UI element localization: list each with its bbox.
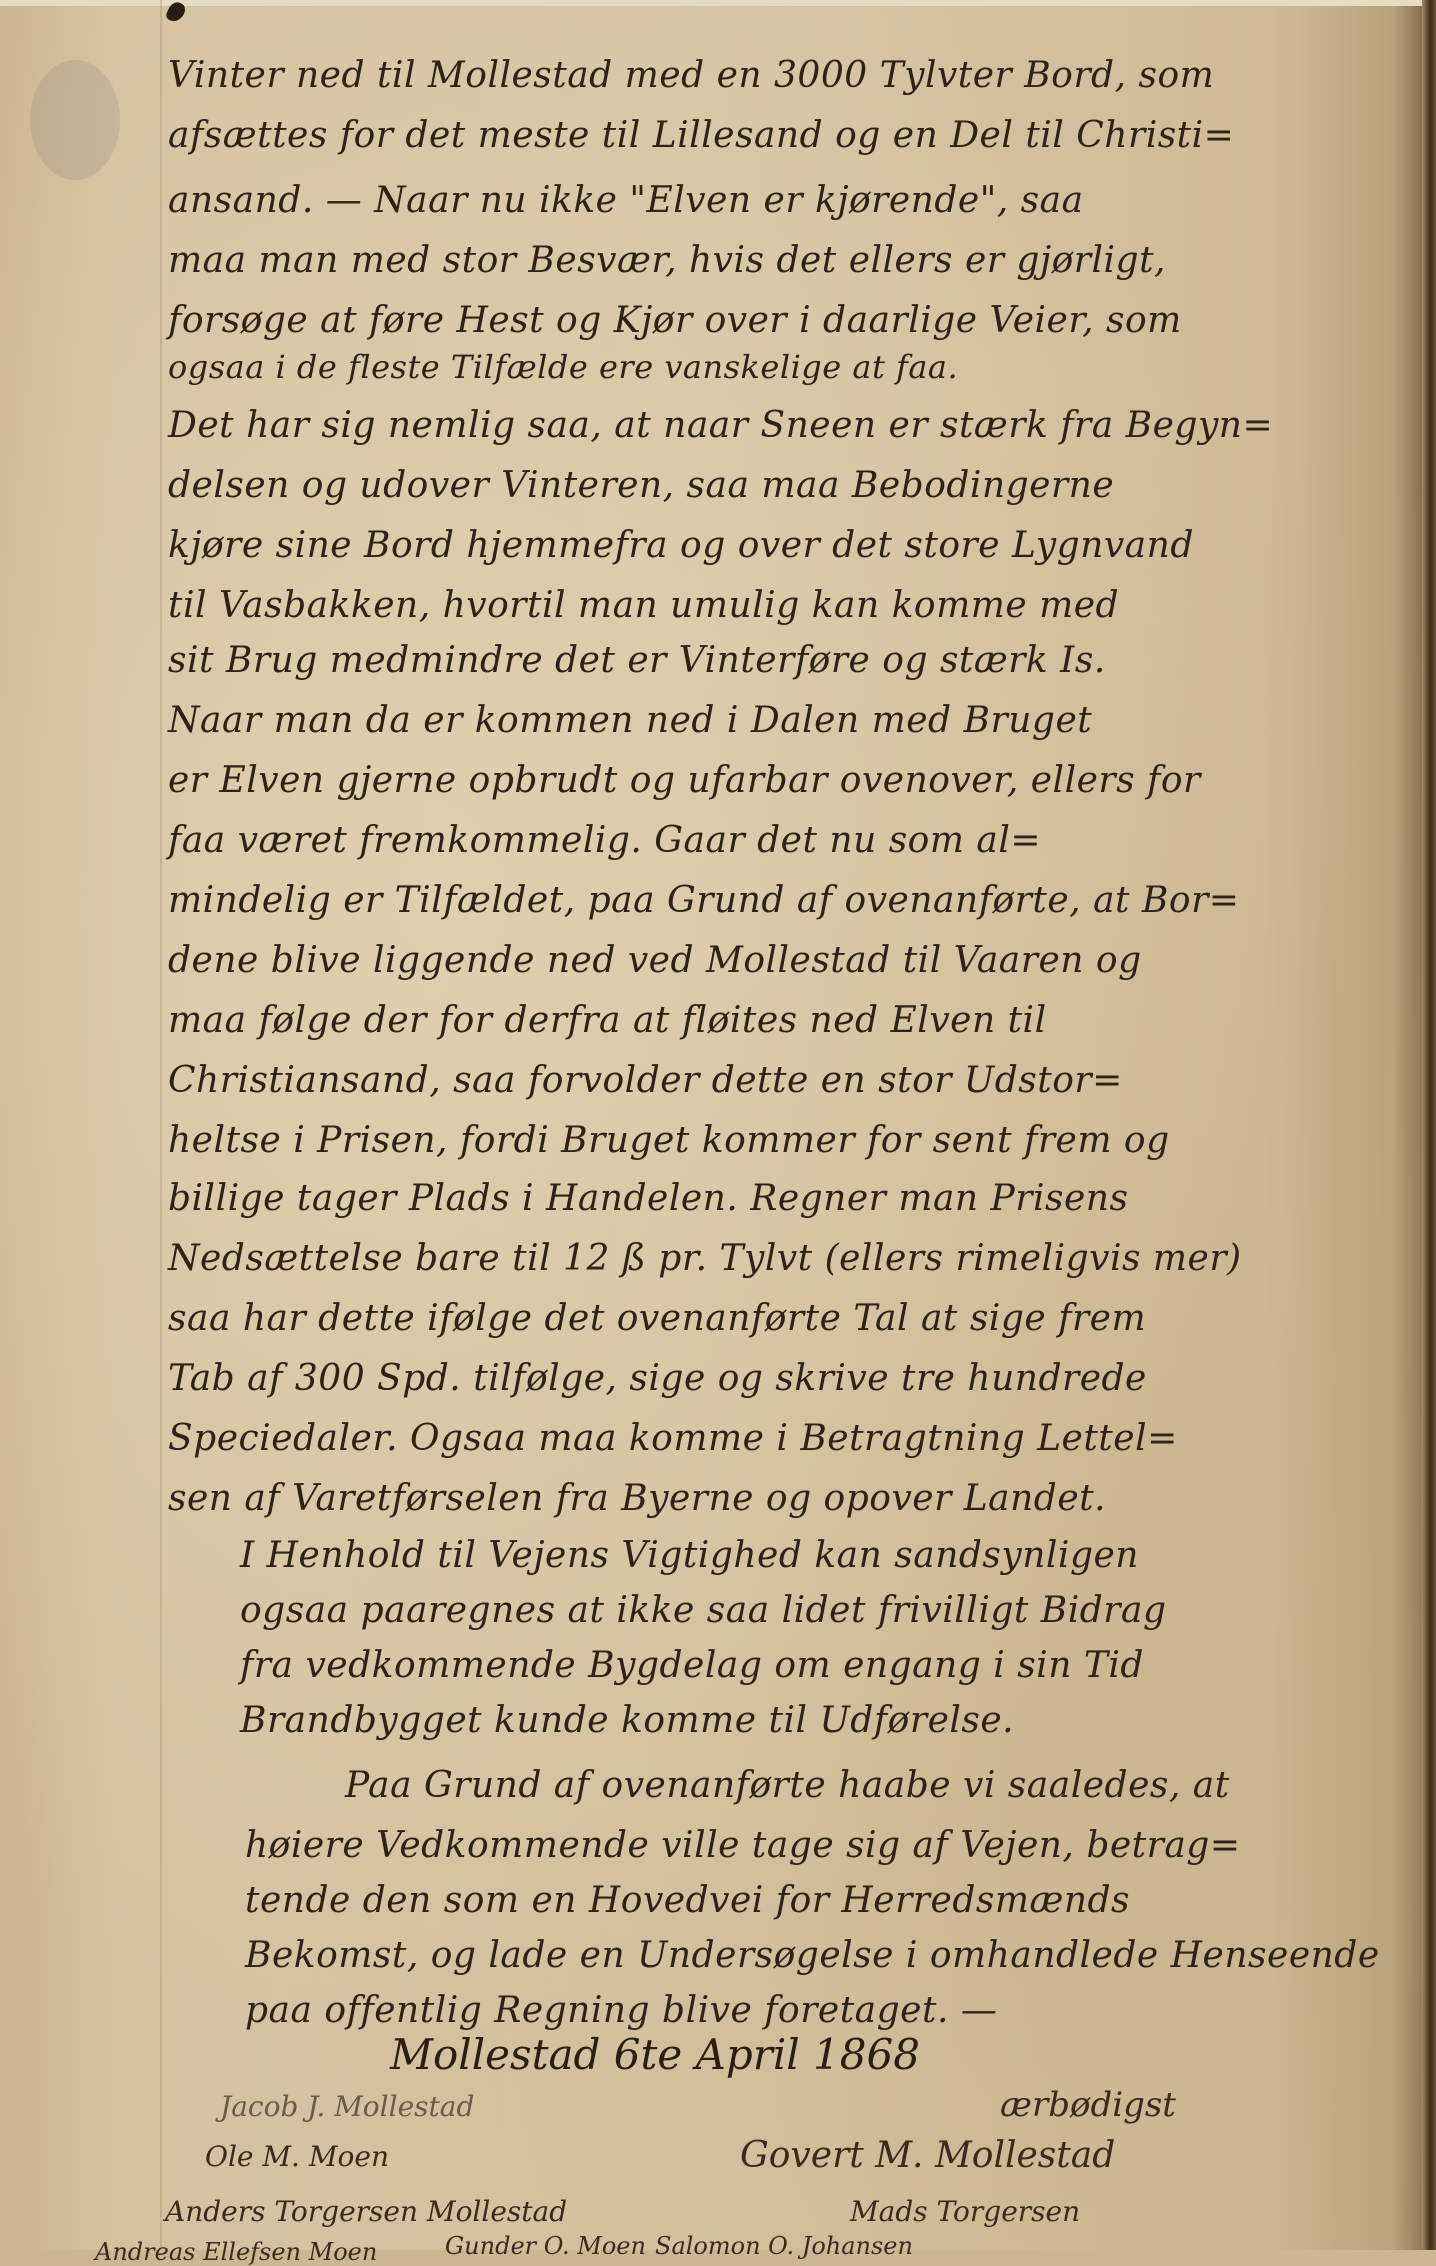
closing-salutation: ærbødigst	[1000, 2085, 1176, 2125]
paper-fold-line	[160, 0, 162, 2250]
signature: Mads Torgersen	[850, 2195, 1080, 2228]
body-line: ogsaa paaregnes at ikke saa lidet frivil…	[240, 1590, 1167, 1631]
body-line: Paa Grund af ovenanførte haabe vi saaled…	[345, 1765, 1230, 1806]
faded-stamp-mark	[30, 60, 120, 180]
signature: Salomon O. Johansen	[655, 2232, 913, 2250]
body-line: sit Brug medmindre det er Vinterføre og …	[168, 640, 1106, 681]
body-line: mindelig er Tilfældet, paa Grund af oven…	[168, 880, 1239, 921]
body-line: maa man med stor Besvær, hvis det ellers…	[168, 240, 1166, 281]
body-line: maa følge der for derfra at fløites ned …	[168, 1000, 1047, 1041]
body-line: heltse i Prisen, fordi Bruget kommer for…	[168, 1120, 1170, 1161]
body-line: Christiansand, saa forvolder dette en st…	[168, 1060, 1123, 1101]
body-line: Nedsættelse bare til 12 ß pr. Tylvt (ell…	[168, 1238, 1242, 1279]
body-line: delsen og udover Vinteren, saa maa Bebod…	[168, 465, 1114, 506]
body-line: Naar man da er kommen ned i Dalen med Br…	[168, 700, 1092, 741]
body-line: tende den som en Hovedvei for Herredsmæn…	[245, 1880, 1130, 1921]
body-line: fra vedkommende Bygdelag om engang i sin…	[240, 1645, 1144, 1686]
body-line: paa offentlig Regning blive foretaget. —	[245, 1990, 997, 2031]
document-page: Vinter ned til Mollestad med en 3000 Tyl…	[0, 0, 1436, 2250]
body-line: dene blive liggende ned ved Mollestad ti…	[168, 940, 1142, 981]
place-and-date: Mollestad 6te April 1868	[390, 2030, 920, 2079]
signature: Anders Torgersen Mollestad	[165, 2195, 567, 2228]
body-line: Tab af 300 Spd. tilfølge, sige og skrive…	[168, 1358, 1147, 1399]
signature: Govert M. Mollestad	[740, 2135, 1115, 2176]
body-line: til Vasbakken, hvortil man umulig kan ko…	[168, 585, 1119, 626]
body-line: Brandbygget kunde komme til Udførelse.	[240, 1700, 1014, 1741]
signature: Gunder O. Moen	[445, 2232, 646, 2250]
body-line: Det har sig nemlig saa, at naar Sneen er…	[168, 405, 1273, 446]
signature: Ole M. Moen	[205, 2140, 389, 2173]
body-line: er Elven gjerne opbrudt og ufarbar oveno…	[168, 760, 1201, 801]
body-line: kjøre sine Bord hjemmefra og over det st…	[168, 525, 1194, 566]
body-line: sen af Varetførselen fra Byerne og opove…	[168, 1478, 1106, 1519]
body-line: høiere Vedkommende ville tage sig af Vej…	[245, 1825, 1241, 1866]
body-line: billige tager Plads i Handelen. Regner m…	[168, 1178, 1128, 1219]
body-line: ogsaa i de fleste Tilfælde ere vanskelig…	[168, 348, 958, 386]
body-line: Bekomst, og lade en Undersøgelse i omhan…	[245, 1935, 1380, 1976]
signature: Andreas Ellefsen Moen	[95, 2238, 377, 2250]
paper-top-edge	[0, 0, 1436, 6]
body-line: I Henhold til Vejens Vigtighed kan sands…	[240, 1535, 1139, 1576]
signature: Jacob J. Mollestad	[220, 2090, 474, 2123]
body-line: afsættes for det meste til Lillesand og …	[168, 115, 1234, 156]
binding-edge	[1422, 0, 1436, 2250]
body-line: Speciedaler. Ogsaa maa komme i Betragtni…	[168, 1418, 1178, 1459]
body-line: faa været fremkommelig. Gaar det nu som …	[168, 820, 1041, 861]
body-line: Vinter ned til Mollestad med en 3000 Tyl…	[168, 55, 1214, 96]
body-line: forsøge at føre Hest og Kjør over i daar…	[168, 300, 1182, 341]
body-line: ansand. — Naar nu ikke "Elven er kjørend…	[168, 180, 1084, 221]
body-line: saa har dette ifølge det ovenanførte Tal…	[168, 1298, 1146, 1339]
